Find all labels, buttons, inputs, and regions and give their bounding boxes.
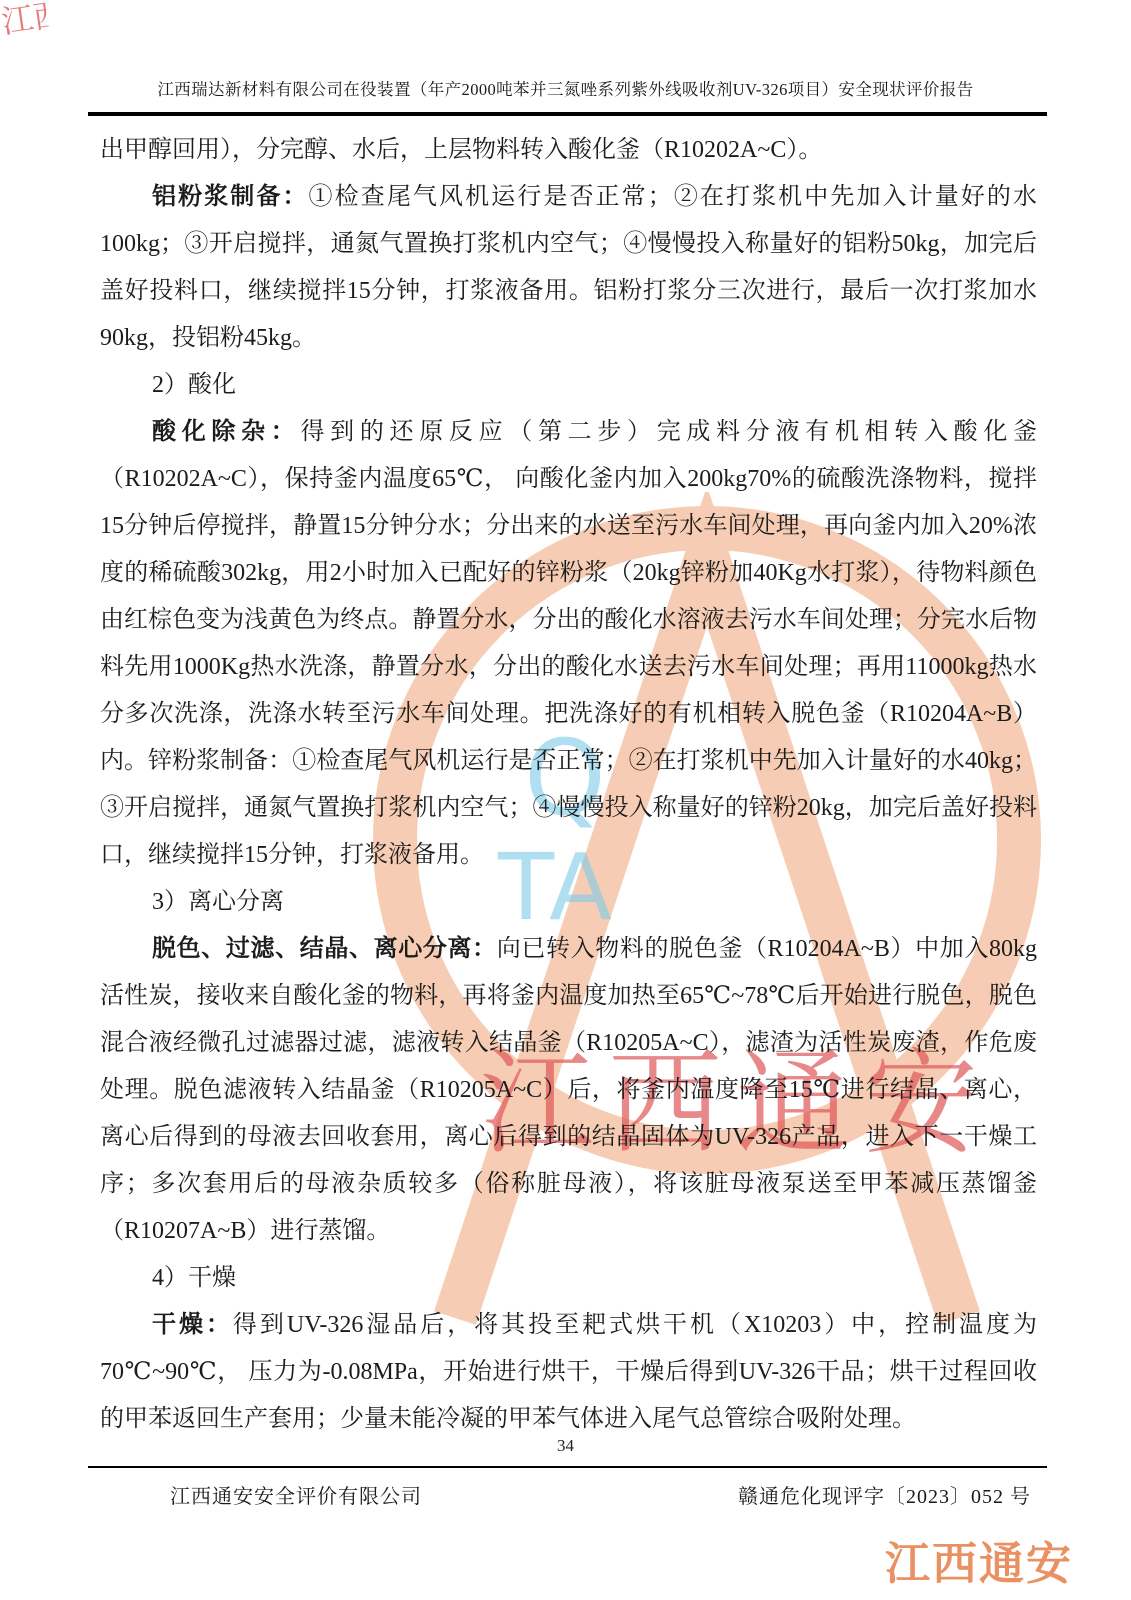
footer-company-name: 江西通安安全评价有限公司 (170, 1480, 422, 1509)
report-header-title: 江西瑞达新材料有限公司在役装置（年产2000吨苯并三氮唑系列紫外线吸收剂UV-3… (70, 76, 1061, 100)
header-rule (88, 112, 1047, 116)
paragraph-lead: 脱色、过滤、结晶、离心分离： (152, 936, 497, 962)
body-paragraph: 2）酸化 (100, 362, 1037, 409)
body-paragraph: 4）干燥 (100, 1255, 1037, 1302)
paragraph-lead: 酸化除杂： (152, 419, 300, 445)
footer-document-number: 赣通危化现评字〔2023〕052 号 (738, 1480, 1031, 1509)
body-paragraph: 铝粉浆制备：①检查尾气风机运行是否正常；②在打浆机中先加入计量好的水100kg；… (100, 174, 1037, 362)
body-paragraph: 出甲醇回用），分完醇、水后，上层物料转入酸化釜（R10202A~C）。 (100, 127, 1037, 174)
body-text: 出甲醇回用），分完醇、水后，上层物料转入酸化釜（R10202A~C）。铝粉浆制备… (100, 127, 1037, 1443)
page-number: 34 (0, 1436, 1131, 1456)
document-page: Q TA 江西通安 江西通安 江西 江西瑞达新材料有限公司在役装置（年产2000… (0, 0, 1131, 1600)
body-paragraph: 脱色、过滤、结晶、离心分离：向已转入物料的脱色釜（R10204A~B）中加入80… (100, 926, 1037, 1255)
paragraph-lead: 铝粉浆制备： (152, 184, 309, 210)
body-paragraph: 干燥：得到UV-326湿品后，将其投至耙式烘干机（X10203）中，控制温度为7… (100, 1302, 1037, 1443)
company-name-corner-watermark: 江西通安 (885, 1540, 1073, 1588)
corner-stamp-fragment-watermark: 江西 (0, 0, 51, 47)
paragraph-lead: 干燥： (152, 1312, 233, 1338)
body-paragraph: 3）离心分离 (100, 879, 1037, 926)
footer-rule (88, 1466, 1047, 1468)
body-paragraph: 酸化除杂：得到的还原反应（第二步）完成料分液有机相转入酸化釜（R10202A~C… (100, 409, 1037, 879)
